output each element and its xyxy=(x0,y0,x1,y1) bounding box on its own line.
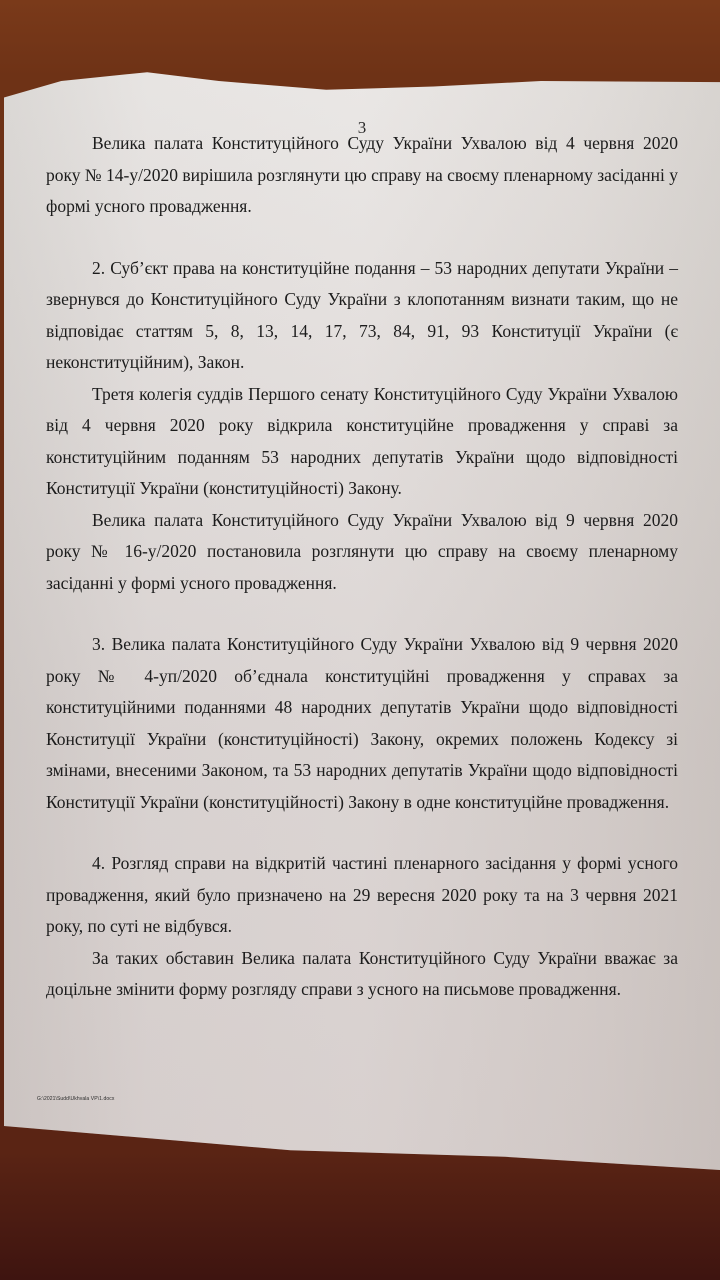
paragraph-5: 3. Велика палата Конституційного Суду Ук… xyxy=(46,629,678,818)
document-body: Велика палата Конституційного Суду Украї… xyxy=(46,128,678,1006)
paragraph-4: Велика палата Конституційного Суду Украї… xyxy=(46,505,678,600)
document-page: 3 Велика палата Конституційного Суду Укр… xyxy=(4,70,720,1170)
paragraph-2: 2. Суб’єкт права на конституційне поданн… xyxy=(46,253,678,379)
section-gap xyxy=(46,599,678,629)
footer-file-path: G:\2021\Sudd\Ukhvala VP\1.docx xyxy=(37,1096,115,1102)
section-gap xyxy=(46,818,678,848)
paragraph-7: За таких обставин Велика палата Конститу… xyxy=(46,943,678,1006)
paragraph-3: Третя колегія суддів Першого сенату Конс… xyxy=(46,379,678,505)
paragraph-1: Велика палата Конституційного Суду Украї… xyxy=(46,128,678,223)
paragraph-6: 4. Розгляд справи на відкритій частині п… xyxy=(46,848,678,943)
section-gap xyxy=(46,223,678,253)
